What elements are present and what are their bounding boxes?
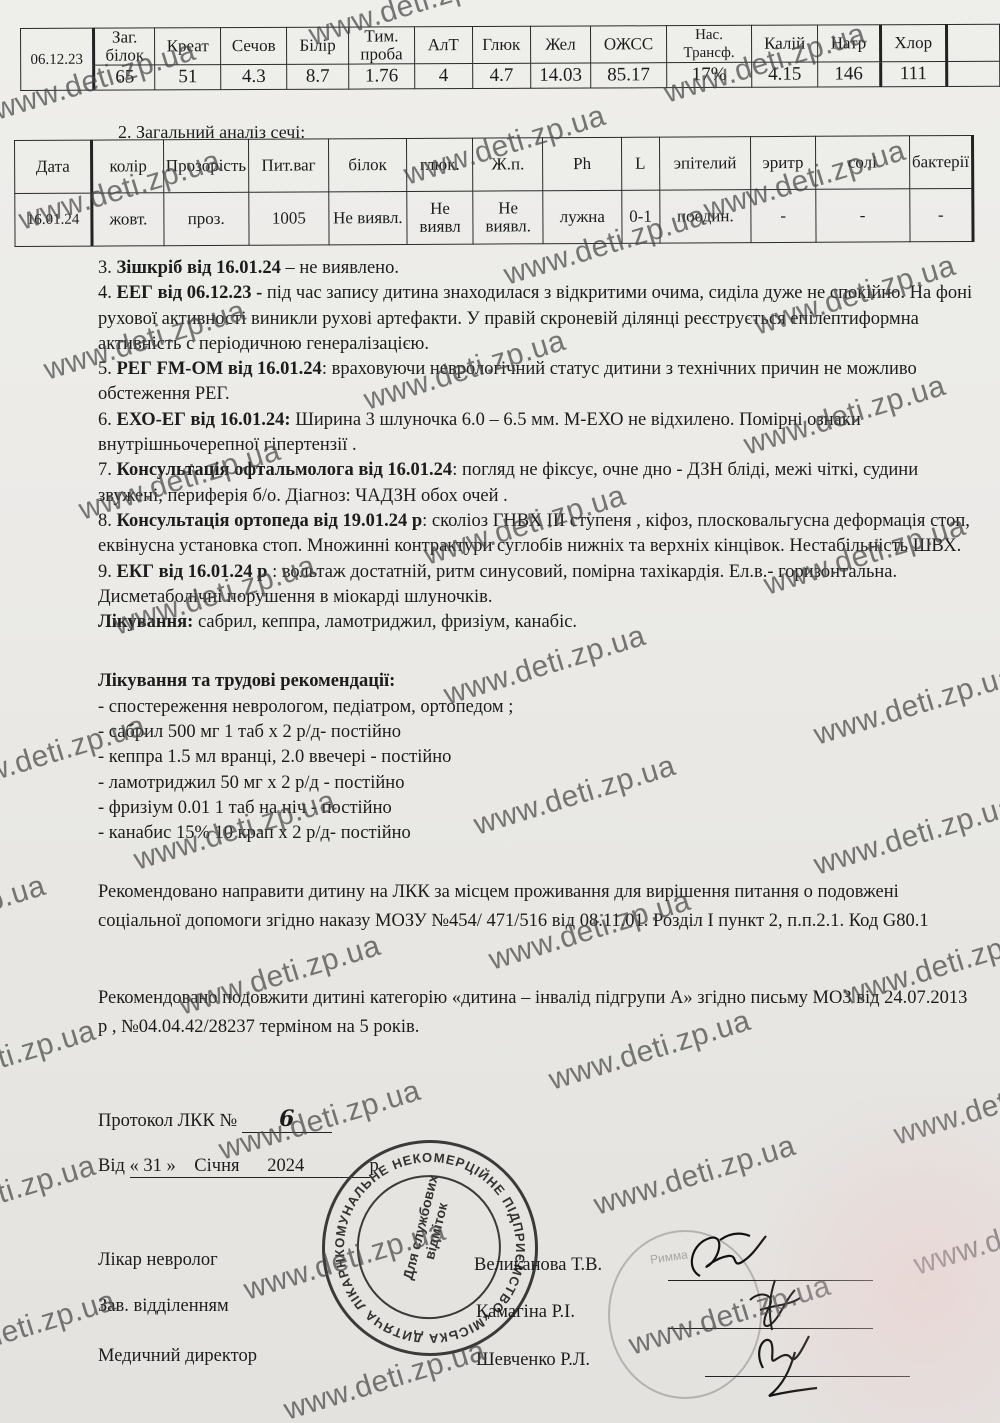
watermark: www.deti.zp.ua [0, 1149, 100, 1243]
table-header-cell: глюк. [407, 138, 473, 191]
table-header-cell: Тим. проба [348, 27, 414, 64]
table-header-cell: Жел [530, 26, 590, 63]
signature-medical-director [745, 1330, 825, 1405]
table-header-cell: Прозорість [163, 139, 249, 192]
table-cell: 8.7 [287, 64, 349, 89]
finding-item: 3. Зішкріб від 16.01.24 – не виявлено. [98, 256, 978, 281]
treatment-line: Лікування: сабрил, кеппра, ламотриджил, … [98, 610, 978, 635]
recommendation-item: - фризіум 0.01 1 таб на ніч - постійно [98, 796, 978, 821]
document-page: 06.12.23 Заг. білок Креат Сечов Білір Ти… [0, 0, 1000, 1423]
table-header-cell [946, 24, 1000, 61]
table-cell: 1.76 [349, 64, 415, 89]
referral-paragraph-1: Рекомендовано направити дитину на ЛКК за… [98, 878, 978, 936]
table-cell: 85.17 [591, 63, 667, 88]
table-header-cell: бактерії [909, 135, 973, 188]
finding-title: Консультація ортопеда від 19.01.24 р [117, 511, 423, 531]
table-cell: - [751, 189, 816, 242]
watermark: www.deti.zp.ua [0, 1014, 100, 1108]
table-header-cell: Натр [817, 25, 880, 62]
table-header-cell: Калій [752, 25, 818, 62]
signatory-name: Камагіна Р.І. [476, 1302, 575, 1323]
table-cell: 51 [155, 65, 221, 90]
signatory-role: Зав. відділенням [98, 1296, 229, 1317]
table-row: 65 51 4.3 8.7 1.76 4 4.7 14.03 85.17 17%… [21, 61, 1000, 90]
table-cell: жовт. [92, 193, 164, 246]
recommendation-item: - спостереження неврологом, педіатром, о… [98, 695, 978, 720]
table-header-cell: L [621, 137, 660, 190]
finding-item: 4. ЕЕГ від 06.12.23 - під час запису дит… [98, 281, 978, 357]
table-cell: 4.7 [472, 63, 530, 88]
table-cell: 4.15 [752, 62, 818, 87]
finding-title: ЕЕГ від 06.12.23 - [117, 283, 263, 303]
table-header-cell: АлТ [414, 27, 472, 64]
finding-title: Зішкріб від 16.01.24 [117, 258, 281, 278]
table-cell: 16.01.24 [15, 193, 93, 246]
protocol-label: Протокол ЛКК № [98, 1111, 237, 1131]
signatory-name: Великанова Т.В. [474, 1255, 602, 1276]
recommendation-item: - канабис 15% 10 крап х 2 р/д- постійно [98, 821, 978, 846]
finding-title: Консультація офтальмолога від 16.01.24 [117, 460, 453, 480]
table-cell-date: 06.12.23 [21, 28, 94, 90]
watermark: www.deti.zp.ua [590, 1129, 800, 1223]
table-row: 16.01.24 жовт. проз. 1005 Не виявл. Не в… [15, 188, 973, 246]
table-header-cell: Дата [15, 140, 93, 193]
table-cell: 4 [415, 64, 473, 89]
finding-item: 6. ЕХО-ЕГ від 16.01.24: Ширина 3 шлуночк… [98, 408, 978, 459]
signature-line [668, 1328, 873, 1329]
recommendations-title: Лікування та трудові рекомендації: [98, 669, 978, 694]
recommendation-item: - сабрил 500 мг 1 таб х 2 р/д- постійно [98, 720, 978, 745]
table-header-cell: Хлор [880, 24, 946, 61]
table-cell: Не виявл [407, 191, 473, 244]
signatory-role: Лікар невролог [98, 1250, 218, 1271]
table-header-row: 06.12.23 Заг. білок Креат Сечов Білір Ти… [21, 24, 1000, 65]
table-header-cell: эпітелий [659, 137, 751, 190]
table-cell: 14.03 [530, 63, 590, 88]
table-cell: 17% [666, 62, 751, 87]
table-cell: Не виявл. [473, 191, 543, 244]
finding-item: 5. РЕГ FM-OM від 16.01.24: враховуючи не… [98, 357, 978, 408]
table-header-cell: Пит.ваг [248, 139, 328, 192]
finding-item: 7. Консультація офтальмолога від 16.01.2… [98, 458, 978, 509]
finding-title: ЕКГ від 16.01.24 р [117, 562, 268, 582]
table-cell: Не виявл. [329, 191, 407, 244]
table-header-cell: Ph [543, 137, 621, 190]
table-header-cell: солі [815, 136, 910, 189]
finding-title: РЕГ FM-OM від 16.01.24 [117, 359, 322, 379]
protocol-number-line: Протокол ЛКК № 6 [98, 1106, 332, 1133]
watermark: www.deti.zp.ua [890, 1059, 1000, 1153]
watermark: www.deti.zp.ua [910, 1189, 1000, 1283]
table-cell: 65 [94, 65, 155, 90]
signatory-name: Шевченко Р.Л. [476, 1350, 590, 1371]
table-cell: - [910, 188, 974, 241]
biochemistry-table: 06.12.23 Заг. білок Креат Сечов Білір Ти… [20, 24, 1000, 91]
protocol-date-prefix: Від [98, 1156, 125, 1176]
watermark: www.deti.zp.ua [0, 869, 50, 963]
table-cell: 4.3 [221, 64, 287, 89]
table-header-cell: Білір [287, 27, 349, 64]
signature-neurologist [680, 1228, 770, 1288]
finding-item: 9. ЕКГ від 16.01.24 р : вольтаж достатні… [98, 560, 978, 611]
table-header-cell: Ж.п. [473, 138, 543, 191]
table-cell: поодин. [660, 190, 752, 243]
table-header-row: Дата колір Прозорість Пит.ваг білок глюк… [15, 135, 973, 193]
signature-line [705, 1376, 910, 1377]
treatment-title: Лікування: [98, 612, 193, 632]
table-header-cell: ОЖСС [591, 26, 667, 63]
official-round-stamp: КОМУНАЛЬНЕ НЕКОМЕРЦІЙНЕ ПІДПРИЄМСТВО «МІ… [311, 1129, 548, 1366]
table-header-cell: Заг. білок [94, 28, 155, 65]
table-cell: - [815, 189, 910, 242]
table-header-cell: Нас. Трансф. [666, 25, 751, 62]
table-header-cell: эритр [751, 136, 816, 189]
table-header-cell: Глюк [472, 26, 530, 63]
table-cell: 0-1 [621, 190, 660, 243]
referral-paragraph-2: Рекомендовано подовжити дитині категорію… [98, 984, 978, 1042]
table-header-cell: білок [328, 138, 406, 191]
urine-analysis-table: Дата колір Прозорість Пит.ваг білок глюк… [14, 135, 975, 247]
finding-title: ЕХО-ЕГ від 16.01.24: [117, 410, 291, 430]
findings-section: 3. Зішкріб від 16.01.24 – не виявлено. 4… [98, 256, 978, 847]
table-cell: проз. [163, 192, 249, 245]
protocol-number: 6 [242, 1106, 332, 1133]
table-cell: лужна [543, 190, 621, 243]
spacer [98, 635, 978, 669]
table-cell: 1005 [249, 192, 329, 245]
table-cell: 111 [880, 61, 946, 86]
recommendation-item: - кеппра 1.5 мл вранці, 2.0 ввечері - по… [98, 745, 978, 770]
table-header-cell: колір [92, 140, 164, 193]
table-header-cell: Сечов [221, 27, 287, 64]
signature-head-of-department [740, 1270, 810, 1335]
recommendation-item: - ламотриджил 50 мг х 2 р/д - постійно [98, 771, 978, 796]
signatory-role: Медичний директор [98, 1346, 257, 1367]
table-header-cell: Креат [155, 28, 221, 65]
finding-item: 8. Консультація ортопеда від 19.01.24 р:… [98, 509, 978, 560]
table-cell [946, 61, 1000, 86]
table-cell: 146 [818, 62, 881, 87]
